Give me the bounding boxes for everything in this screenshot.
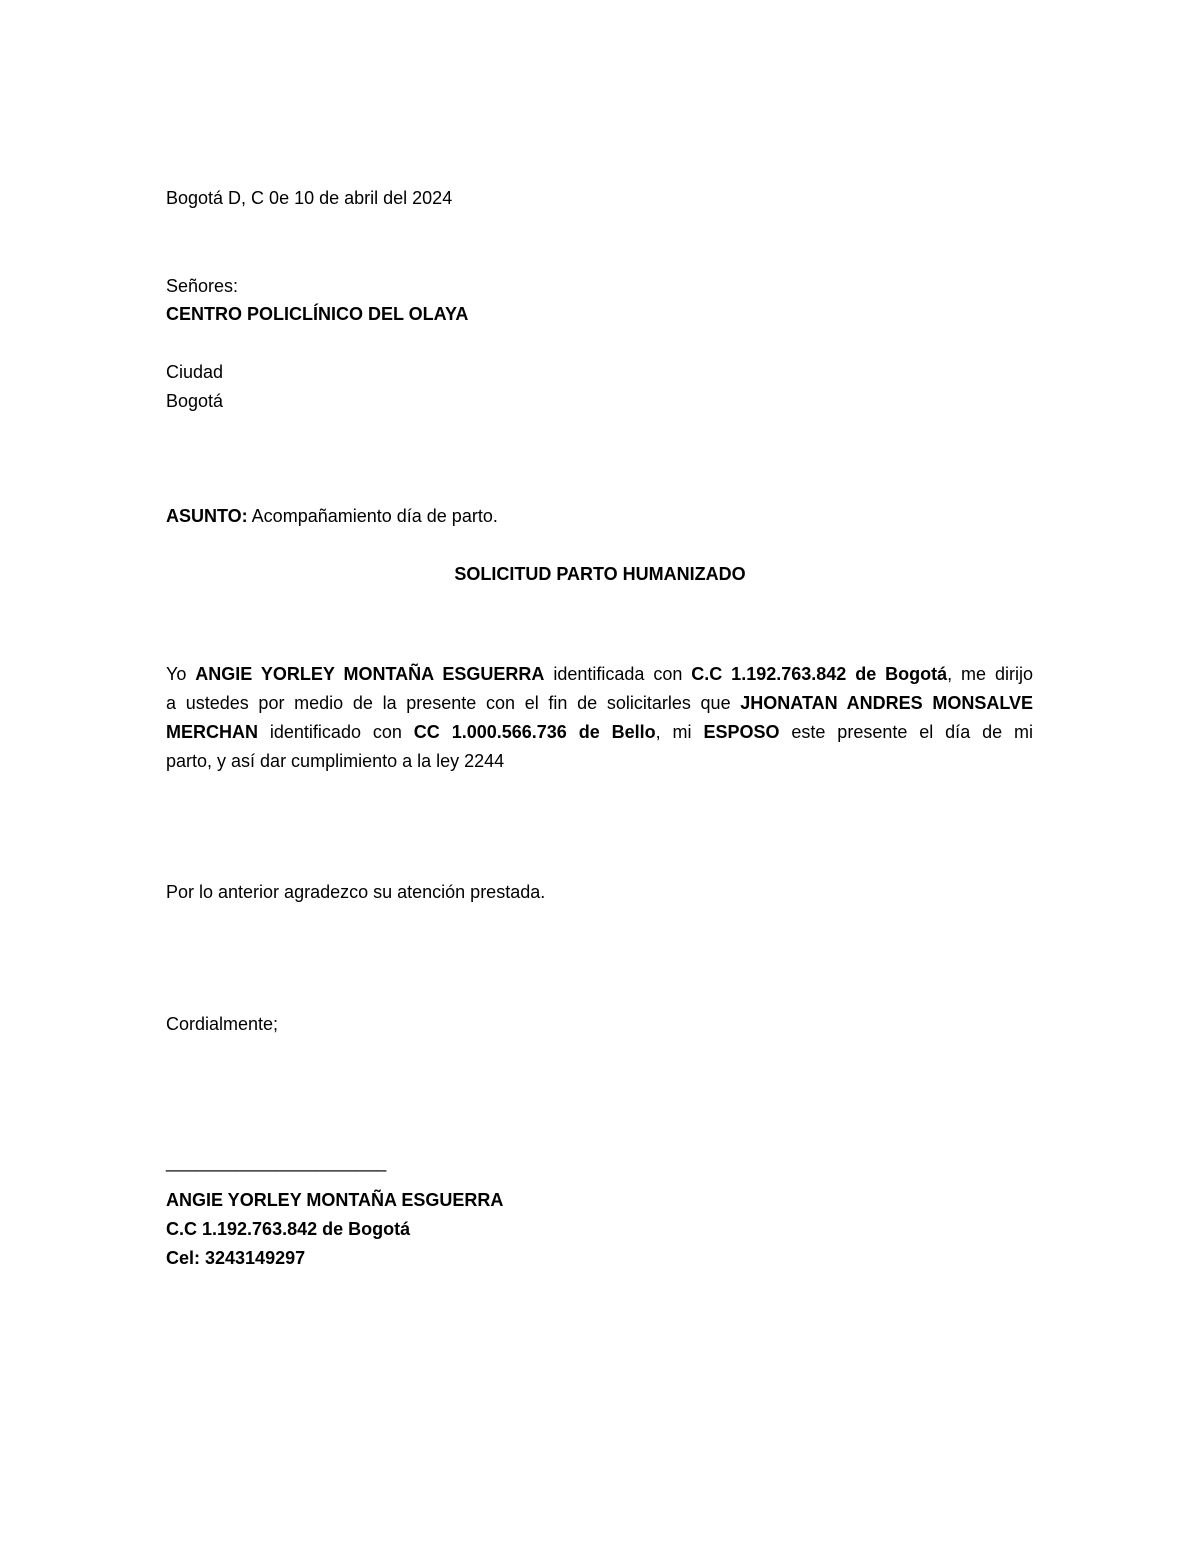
body-line: MERCHAN identificado con CC 1.000.566.73… bbox=[166, 718, 1033, 747]
recipient: CENTRO POLICLÍNICO DEL OLAYA bbox=[166, 302, 468, 326]
bold-text-run: ANGIE YORLEY MONTAÑA ESGUERRA bbox=[195, 664, 544, 684]
bold-text-run: JHONATAN ANDRES MONSALVE bbox=[740, 693, 1033, 713]
closing: Cordialmente; bbox=[166, 1012, 278, 1036]
text-run: , me dirijo bbox=[947, 664, 1033, 684]
document-page: Bogotá D, C 0e 10 de abril del 2024 Seño… bbox=[0, 0, 1200, 1553]
signer-id: C.C 1.192.763.842 de Bogotá bbox=[166, 1217, 410, 1241]
text-run: identificada con bbox=[544, 664, 691, 684]
date-line: Bogotá D, C 0e 10 de abril del 2024 bbox=[166, 186, 452, 210]
signature-line: ______________________ bbox=[166, 1150, 386, 1174]
text-run: a ustedes por medio de la presente con e… bbox=[166, 693, 740, 713]
text-run: identificado con bbox=[258, 722, 414, 742]
subject-text: Acompañamiento día de parto. bbox=[248, 506, 498, 526]
body-line: Yo ANGIE YORLEY MONTAÑA ESGUERRA identif… bbox=[166, 660, 1033, 689]
bold-text-run: ESPOSO bbox=[703, 722, 779, 742]
city: Bogotá bbox=[166, 389, 223, 413]
signer-phone: Cel: 3243149297 bbox=[166, 1246, 305, 1270]
text-run: , mi bbox=[656, 722, 704, 742]
body-paragraph: Yo ANGIE YORLEY MONTAÑA ESGUERRA identif… bbox=[166, 660, 1033, 776]
body-line: a ustedes por medio de la presente con e… bbox=[166, 689, 1033, 718]
text-run: parto, y así dar cumplimiento a la ley 2… bbox=[166, 751, 504, 771]
city-label: Ciudad bbox=[166, 360, 223, 384]
closing-thanks: Por lo anterior agradezco su atención pr… bbox=[166, 880, 545, 904]
text-run: este presente el día de mi bbox=[779, 722, 1033, 742]
subject-label: ASUNTO: bbox=[166, 506, 248, 526]
subject-line: ASUNTO: Acompañamiento día de parto. bbox=[166, 504, 498, 528]
body-line: parto, y así dar cumplimiento a la ley 2… bbox=[166, 747, 1033, 776]
text-run: Yo bbox=[166, 664, 195, 684]
bold-text-run: CC 1.000.566.736 de Bello bbox=[414, 722, 656, 742]
bold-text-run: C.C 1.192.763.842 de Bogotá bbox=[691, 664, 947, 684]
bold-text-run: MERCHAN bbox=[166, 722, 258, 742]
document-title: SOLICITUD PARTO HUMANIZADO bbox=[0, 562, 1200, 586]
signer-name: ANGIE YORLEY MONTAÑA ESGUERRA bbox=[166, 1188, 503, 1212]
salutation: Señores: bbox=[166, 274, 238, 298]
